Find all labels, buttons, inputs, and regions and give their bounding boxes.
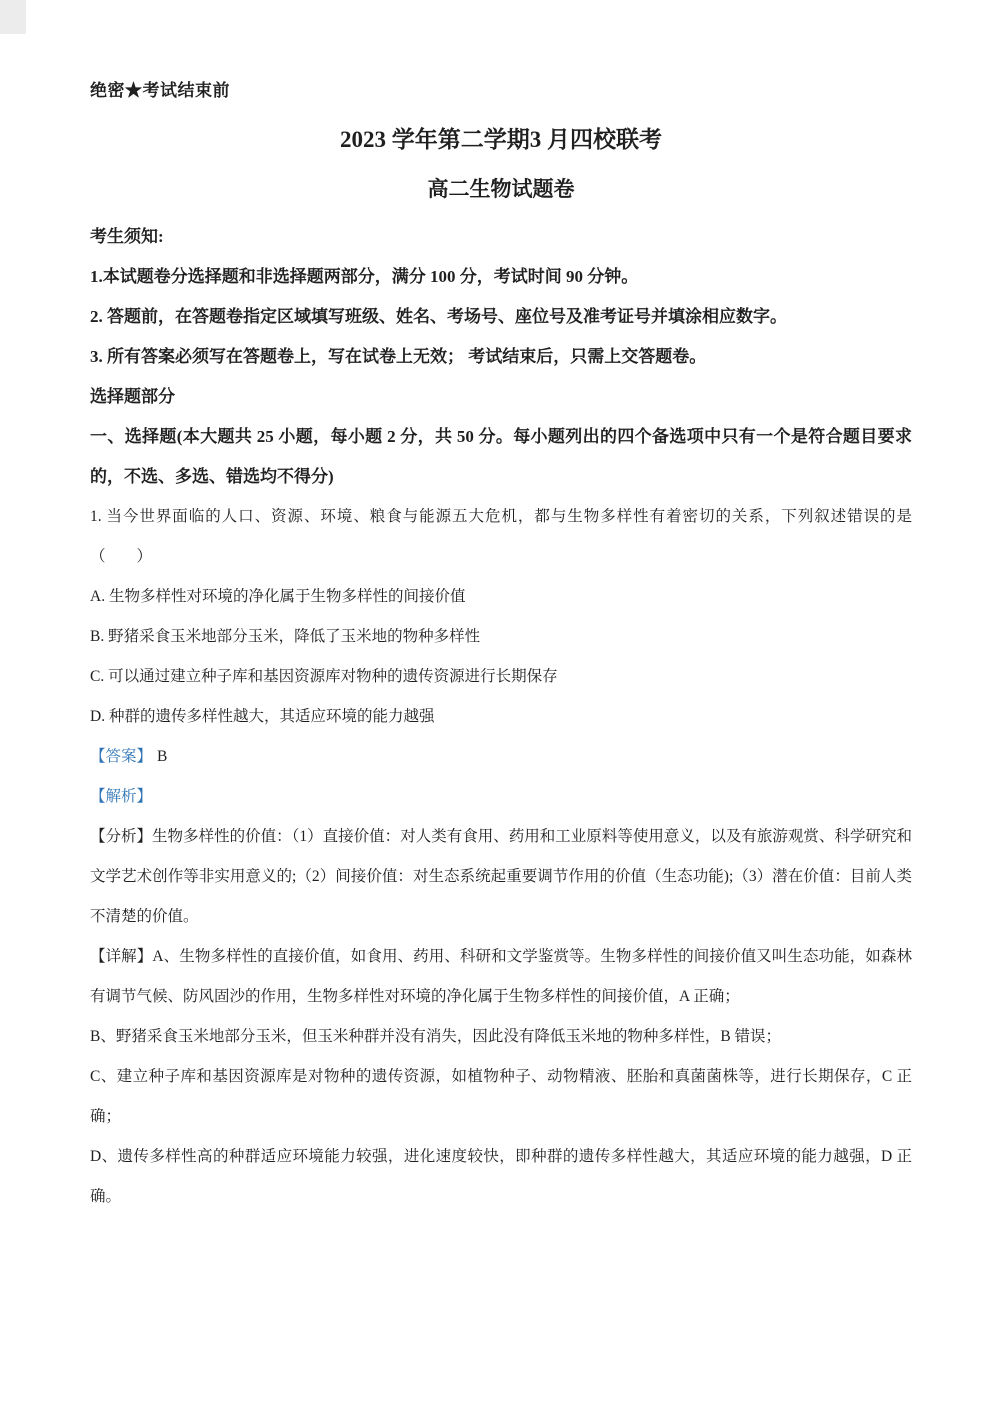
security-classification: 绝密★考试结束前 (90, 78, 912, 104)
section-one-instruction: 一、选择题(本大题共 25 小题，每小题 2 分，共 50 分。每小题列出的四个… (90, 417, 912, 497)
question-1-analysis: 【分析】生物多样性的价值：（1）直接价值：对人类有食用、药用和工业原料等使用意义… (90, 817, 912, 937)
notice-item-3: 3. 所有答案必须写在答题卷上，写在试卷上无效； 考试结束后，只需上交答题卷。 (90, 337, 912, 377)
answer-label: 【答案】 (90, 748, 152, 765)
question-1-answer-line: 【答案】B (90, 737, 912, 777)
notice-item-2: 2. 答题前，在答题卷指定区域填写班级、姓名、考场号、座位号及准考证号并填涂相应… (90, 297, 912, 337)
question-1-option-b: B. 野猪采食玉米地部分玉米，降低了玉米地的物种多样性 (90, 617, 912, 657)
notice-item-1: 1.本试题卷分选择题和非选择题两部分，满分 100 分，考试时间 90 分钟。 (90, 257, 912, 297)
scan-artifact (0, 0, 26, 34)
question-1-detail-c: C、建立种子库和基因资源库是对物种的遗传资源，如植物种子、动物精液、胚胎和真菌菌… (90, 1057, 912, 1137)
candidate-notice-heading: 考生须知: (90, 217, 912, 257)
exam-document-page: 绝密★考试结束前 2023 学年第二学期3 月四校联考 高二生物试题卷 考生须知… (0, 0, 1000, 1414)
question-1-detail-a: 【详解】A、生物多样性的直接价值，如食用、药用、科研和文学鉴赏等。生物多样性的间… (90, 937, 912, 1017)
answer-value: B (157, 748, 167, 765)
exam-subtitle: 高二生物试题卷 (90, 173, 912, 205)
question-1-option-d: D. 种群的遗传多样性越大，其适应环境的能力越强 (90, 697, 912, 737)
question-1-detail-d: D、遗传多样性高的种群适应环境能力较强，进化速度较快，即种群的遗传多样性越大，其… (90, 1137, 912, 1217)
analysis-section-label: 【解析】 (90, 777, 912, 817)
question-1-stem: 1. 当今世界面临的人口、资源、环境、粮食与能源五大危机，都与生物多样性有着密切… (90, 497, 912, 577)
question-1-detail-b: B、野猪采食玉米地部分玉米，但玉米种群并没有消失，因此没有降低玉米地的物种多样性… (90, 1017, 912, 1057)
question-1-option-a: A. 生物多样性对环境的净化属于生物多样性的间接价值 (90, 577, 912, 617)
exam-title: 2023 学年第二学期3 月四校联考 (90, 124, 912, 156)
question-1-option-c: C. 可以通过建立种子库和基因资源库对物种的遗传资源进行长期保存 (90, 657, 912, 697)
part-heading-multiple-choice: 选择题部分 (90, 377, 912, 417)
